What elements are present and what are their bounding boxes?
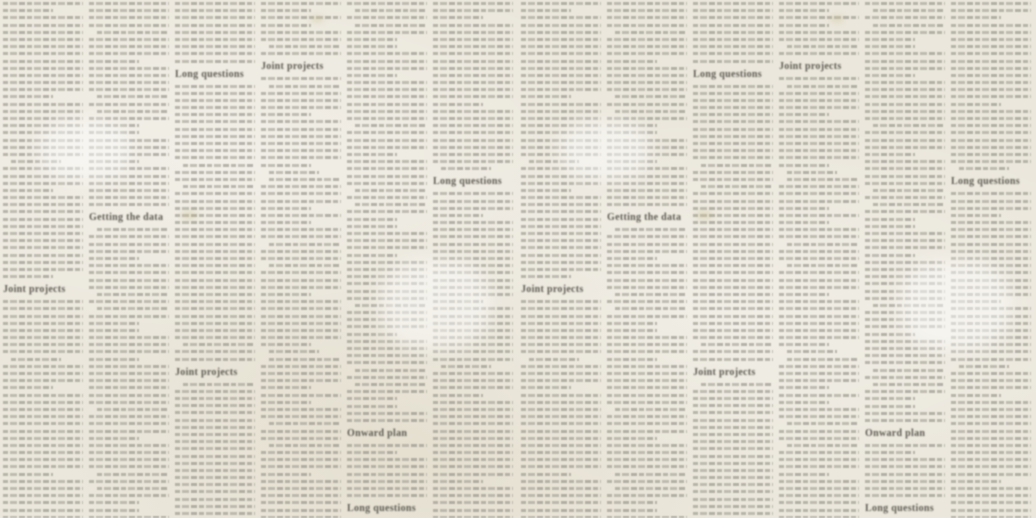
text-line — [521, 386, 571, 389]
text-line — [261, 458, 341, 461]
text-line — [347, 88, 427, 91]
text-line — [261, 142, 341, 145]
text-line — [347, 405, 397, 408]
text-line — [175, 271, 255, 274]
text-line — [433, 9, 513, 12]
text-line — [693, 476, 773, 479]
text-line — [693, 45, 773, 48]
text-line — [89, 182, 169, 185]
text-line — [89, 401, 169, 404]
text-line — [433, 422, 513, 425]
text-line — [693, 171, 773, 174]
text-line — [3, 322, 83, 325]
text-line — [347, 16, 427, 19]
text-line — [89, 103, 169, 106]
text-line — [355, 9, 427, 12]
text-line — [779, 293, 829, 296]
text-line — [261, 31, 341, 34]
text-line — [97, 307, 169, 310]
text-line — [865, 175, 945, 178]
text-line — [261, 480, 341, 483]
text-line — [3, 386, 53, 389]
text-line — [779, 336, 859, 339]
text-line — [693, 505, 773, 508]
text-line — [89, 24, 169, 27]
text-line — [433, 358, 513, 361]
text-line — [607, 501, 657, 504]
text-line — [347, 225, 397, 228]
text-line — [607, 451, 687, 454]
text-line — [89, 286, 169, 289]
text-line — [89, 322, 139, 325]
text-line — [865, 31, 945, 34]
text-line — [347, 210, 427, 213]
text-line — [355, 189, 427, 192]
text-line — [607, 24, 687, 27]
text-line — [3, 60, 83, 63]
text-line — [951, 200, 1031, 203]
text-line — [521, 408, 601, 411]
text-line — [347, 218, 397, 221]
text-line — [347, 131, 427, 134]
text-line — [355, 203, 427, 206]
text-line — [693, 52, 773, 55]
text-line — [521, 509, 601, 512]
text-line — [607, 437, 657, 440]
text-line — [261, 343, 311, 346]
text-column: Joint projects — [521, 0, 601, 518]
text-line — [89, 203, 169, 206]
text-line — [89, 430, 169, 433]
text-line — [3, 203, 83, 206]
text-line — [433, 24, 513, 27]
text-line — [693, 315, 773, 318]
text-line — [347, 361, 427, 364]
text-line — [175, 2, 255, 5]
text-line — [175, 250, 255, 253]
text-line — [779, 394, 859, 397]
text-line — [873, 189, 945, 192]
text-line — [693, 490, 773, 493]
text-line — [89, 437, 139, 440]
text-line — [3, 315, 83, 318]
text-line — [951, 430, 1031, 433]
text-line — [779, 365, 859, 368]
text-line — [607, 250, 687, 253]
text-line — [607, 343, 687, 346]
text-line — [521, 67, 601, 70]
text-line — [3, 246, 83, 249]
text-line — [779, 458, 859, 461]
text-line — [521, 210, 601, 213]
text-line — [521, 110, 601, 113]
text-line — [261, 408, 341, 411]
text-line — [521, 38, 601, 41]
text-line — [779, 257, 859, 260]
text-line — [175, 52, 255, 55]
text-line — [521, 189, 571, 192]
text-line — [3, 218, 83, 221]
text-line — [347, 412, 427, 415]
text-line — [607, 88, 687, 91]
newspaper-texture: Joint projectsGetting the dataLong quest… — [0, 0, 1036, 518]
text-line — [433, 153, 513, 156]
text-line — [951, 139, 1031, 142]
text-line — [3, 343, 83, 346]
text-line — [607, 81, 687, 84]
text-line — [693, 221, 773, 224]
text-line — [607, 509, 657, 512]
text-line — [261, 279, 341, 282]
text-line — [97, 95, 169, 98]
text-line — [951, 153, 1031, 156]
text-line — [261, 77, 341, 80]
text-line — [97, 228, 169, 231]
text-line — [3, 494, 83, 497]
text-line — [779, 142, 859, 145]
text-line — [175, 505, 255, 508]
text-line — [951, 509, 1031, 512]
text-line — [951, 88, 1031, 91]
text-line — [693, 92, 773, 95]
text-line — [521, 487, 601, 490]
text-line — [3, 487, 83, 490]
text-line — [261, 250, 341, 253]
text-line — [951, 95, 1031, 98]
text-line — [951, 480, 1001, 483]
text-line — [701, 164, 773, 167]
text-line — [865, 246, 945, 249]
text-line — [347, 175, 427, 178]
text-line — [347, 494, 427, 497]
text-line — [97, 293, 169, 296]
text-line — [441, 167, 491, 170]
text-line — [3, 261, 83, 264]
text-line — [433, 465, 513, 468]
text-line — [865, 254, 915, 257]
text-line — [693, 178, 773, 181]
text-line — [175, 92, 255, 95]
text-line — [261, 99, 341, 102]
text-line — [521, 430, 601, 433]
text-line — [865, 412, 945, 415]
text-line — [607, 394, 687, 397]
text-line — [521, 315, 601, 318]
text-line — [951, 45, 1031, 48]
text-line — [779, 315, 859, 318]
text-line — [693, 9, 773, 12]
text-line — [89, 329, 139, 332]
text-line — [175, 60, 255, 63]
text-line — [521, 365, 601, 368]
text-line — [347, 103, 427, 106]
text-line — [865, 52, 945, 55]
text-line — [693, 257, 773, 260]
text-line — [3, 254, 83, 257]
text-line — [779, 221, 829, 224]
text-line — [97, 473, 169, 476]
text-line — [261, 372, 341, 375]
text-line — [693, 329, 773, 332]
text-line — [779, 149, 859, 152]
text-line — [873, 203, 945, 206]
text-line — [521, 415, 601, 418]
text-line — [175, 9, 255, 12]
text-line — [521, 451, 601, 454]
text-column: Onward planLong questions — [347, 0, 427, 518]
text-line — [347, 2, 427, 5]
text-line — [521, 394, 601, 397]
text-line — [607, 60, 657, 63]
text-line — [175, 135, 255, 138]
text-line — [433, 415, 513, 418]
text-line — [951, 437, 1031, 440]
text-line — [779, 430, 859, 433]
text-line — [261, 9, 311, 12]
text-line — [3, 95, 53, 98]
text-line — [261, 128, 341, 131]
text-line — [951, 386, 1031, 389]
text-line — [521, 437, 601, 440]
text-line — [693, 250, 773, 253]
text-line — [3, 81, 83, 84]
text-line — [779, 401, 829, 404]
text-line — [779, 451, 859, 454]
text-column: Long questionsJoint projects — [175, 0, 255, 518]
text-line — [175, 350, 255, 353]
text-line — [521, 45, 601, 48]
text-line — [3, 275, 53, 278]
text-line — [89, 465, 169, 468]
text-line — [261, 509, 341, 512]
text-line — [693, 128, 773, 131]
text-line — [865, 182, 945, 185]
text-line — [865, 117, 945, 120]
text-column: Long questions — [951, 0, 1031, 518]
text-line — [615, 95, 687, 98]
text-line — [693, 38, 773, 41]
text-line — [3, 74, 83, 77]
stain — [830, 15, 844, 23]
text-line — [865, 60, 945, 63]
text-line — [865, 110, 945, 113]
text-line — [779, 16, 859, 19]
text-line — [521, 473, 571, 476]
text-line — [865, 74, 915, 77]
text-line — [433, 430, 513, 433]
text-line — [3, 2, 83, 5]
text-line — [607, 300, 687, 303]
text-line — [865, 458, 945, 461]
text-line — [3, 422, 83, 425]
text-line — [521, 401, 601, 404]
text-line — [779, 192, 859, 195]
texture-tile: Joint projectsGetting the dataLong quest… — [0, 0, 518, 518]
text-line — [3, 182, 83, 185]
text-line — [3, 268, 83, 271]
text-line — [355, 369, 427, 372]
text-line — [347, 31, 427, 34]
text-line — [261, 336, 341, 339]
article-heading: Long questions — [175, 69, 255, 80]
text-line — [779, 279, 859, 282]
text-line — [865, 146, 945, 149]
text-line — [787, 264, 859, 267]
text-line — [951, 408, 1031, 411]
text-column: Joint projects — [3, 0, 83, 518]
text-line — [521, 494, 601, 497]
text-line — [701, 343, 773, 346]
text-line — [951, 52, 1031, 55]
text-line — [693, 322, 773, 325]
text-line — [779, 271, 859, 274]
text-line — [607, 189, 687, 192]
text-line — [347, 487, 427, 490]
text-line — [521, 2, 601, 5]
text-line — [693, 336, 773, 339]
text-line — [951, 60, 1031, 63]
text-line — [693, 31, 773, 34]
text-line — [3, 372, 83, 375]
text-line — [693, 404, 773, 407]
text-line — [779, 379, 859, 382]
text-line — [787, 171, 837, 174]
text-line — [865, 376, 945, 379]
text-line — [347, 419, 427, 422]
text-line — [779, 509, 859, 512]
text-line — [433, 103, 483, 106]
text-line — [779, 185, 859, 188]
text-line — [89, 358, 139, 361]
text-line — [89, 16, 169, 19]
text-line — [693, 300, 773, 303]
text-line — [355, 124, 427, 127]
text-line — [779, 480, 859, 483]
text-line — [175, 440, 255, 443]
text-line — [779, 501, 859, 504]
text-line — [433, 146, 513, 149]
text-line — [951, 160, 1031, 163]
text-line — [89, 386, 169, 389]
text-line — [175, 397, 255, 400]
text-line — [779, 307, 859, 310]
text-line — [951, 117, 1031, 120]
text-line — [175, 322, 255, 325]
text-line — [269, 264, 341, 267]
text-line — [433, 487, 513, 490]
text-line — [433, 38, 513, 41]
text-line — [3, 210, 83, 213]
text-line — [175, 315, 255, 318]
text-line — [175, 490, 255, 493]
text-line — [779, 473, 829, 476]
text-line — [261, 386, 311, 389]
text-line — [693, 149, 773, 152]
text-line — [261, 271, 341, 274]
text-line — [865, 444, 945, 447]
text-line — [433, 501, 513, 504]
text-line — [89, 480, 169, 483]
text-column: Joint projects — [261, 0, 341, 518]
text-line — [607, 422, 687, 425]
text-line — [89, 509, 139, 512]
text-line — [873, 369, 945, 372]
text-line — [951, 487, 1031, 490]
text-line — [607, 350, 687, 353]
text-line — [865, 210, 945, 213]
text-line — [269, 444, 341, 447]
text-line — [175, 31, 255, 34]
text-line — [89, 315, 169, 318]
text-line — [779, 300, 859, 303]
text-line — [89, 501, 139, 504]
text-line — [693, 358, 773, 361]
text-line — [433, 110, 513, 113]
text-line — [261, 300, 341, 303]
text-line — [951, 74, 1031, 77]
text-line — [441, 365, 491, 368]
text-line — [779, 487, 859, 490]
text-line — [261, 156, 341, 159]
text-line — [347, 74, 397, 77]
article-heading: Joint projects — [3, 284, 83, 295]
text-line — [175, 512, 255, 515]
text-line — [433, 95, 513, 98]
text-line — [951, 451, 1031, 454]
text-line — [865, 88, 945, 91]
text-line — [779, 200, 859, 203]
text-line — [3, 465, 83, 468]
text-line — [693, 192, 773, 195]
text-line — [433, 235, 513, 238]
text-line — [779, 113, 829, 116]
text-line — [615, 487, 687, 490]
text-line — [521, 372, 601, 375]
text-line — [865, 153, 915, 156]
text-line — [3, 110, 83, 113]
text-line — [3, 394, 83, 397]
text-line — [3, 31, 83, 34]
text-line — [779, 329, 859, 332]
text-line — [347, 232, 427, 235]
text-line — [951, 422, 1031, 425]
text-line — [521, 225, 601, 228]
text-line — [175, 476, 255, 479]
article-heading: Getting the data — [607, 212, 687, 223]
text-line — [3, 350, 83, 353]
article-heading: Joint projects — [693, 367, 773, 378]
text-line — [433, 509, 513, 512]
text-line — [873, 9, 945, 12]
text-line — [693, 286, 773, 289]
text-line — [865, 480, 945, 483]
text-line — [693, 411, 773, 414]
text-line — [261, 451, 341, 454]
text-line — [261, 401, 311, 404]
text-line — [433, 444, 513, 447]
text-line — [951, 350, 1031, 353]
text-line — [779, 164, 829, 167]
text-line — [865, 494, 945, 497]
article-heading: Long questions — [951, 176, 1031, 187]
text-line — [521, 379, 601, 382]
text-line — [433, 31, 513, 34]
text-line — [89, 422, 169, 425]
text-line — [521, 275, 571, 278]
text-line — [607, 322, 657, 325]
text-line — [433, 243, 513, 246]
text-line — [269, 45, 341, 48]
